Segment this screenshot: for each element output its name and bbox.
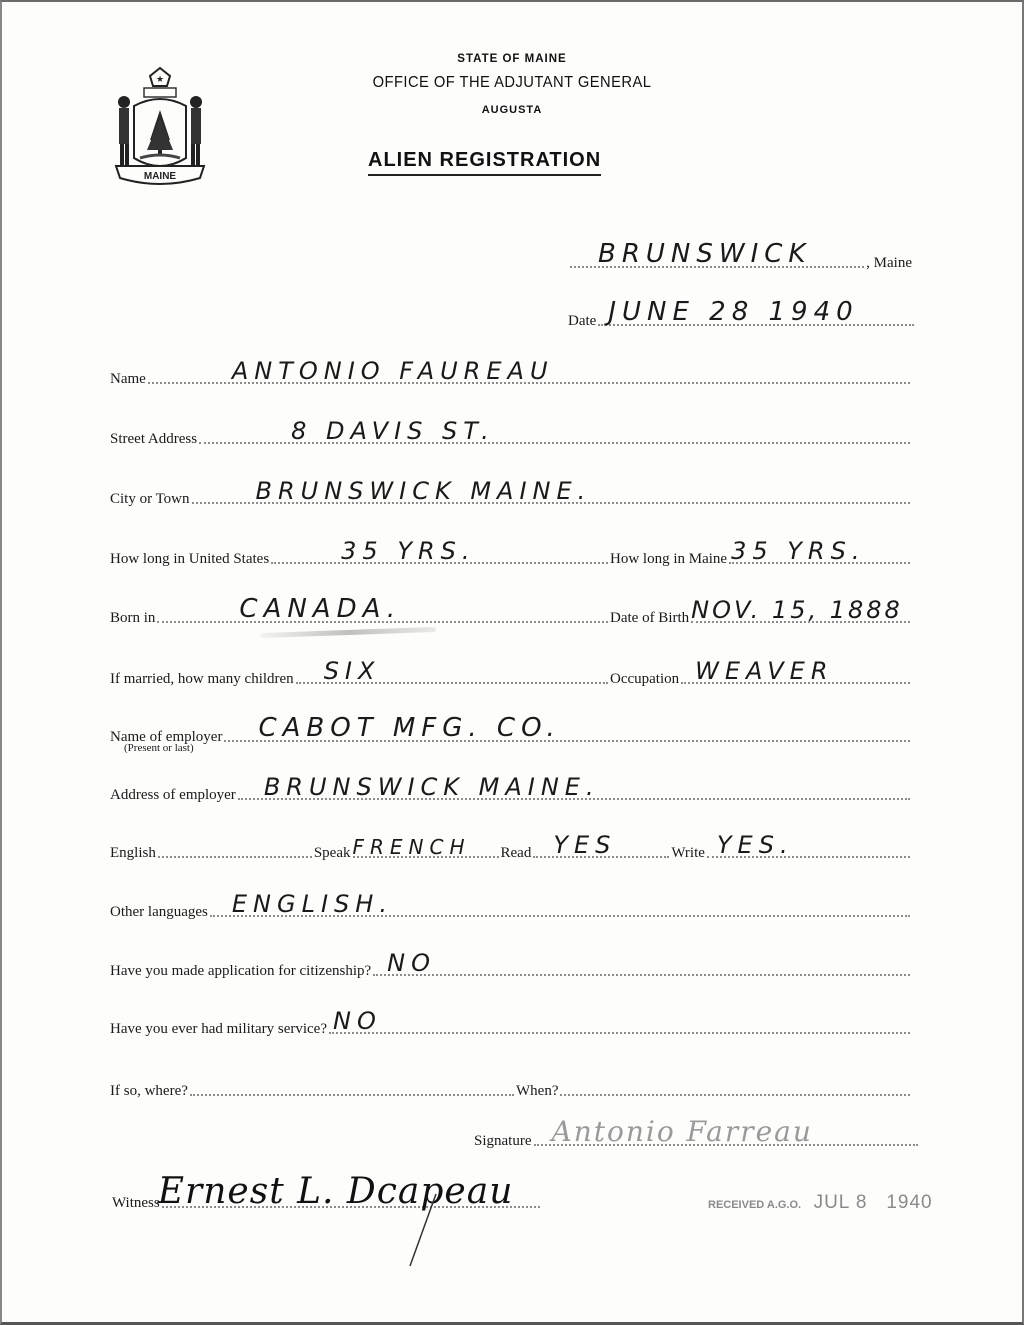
how-long-maine-row: How long in Maine 35 yrs. xyxy=(610,546,912,568)
witness-row: Witness Ernest L. Dcapeau xyxy=(112,1190,542,1212)
how-long-maine-value: 35 yrs. xyxy=(731,537,865,565)
other-languages-row: Other languages English. xyxy=(110,899,912,921)
employer-name-row: Name of employer Cabot Mfg. Co. xyxy=(110,724,912,746)
city-label: City or Town xyxy=(110,491,190,508)
citizenship-field[interactable]: No xyxy=(373,974,910,976)
read-field[interactable]: Yes xyxy=(533,856,669,858)
received-stamp-date: JUL 8 1940 xyxy=(814,1192,933,1213)
write-value: Yes. xyxy=(717,831,794,859)
write-field[interactable]: Yes. xyxy=(707,856,910,858)
children-value: Six xyxy=(324,657,381,685)
born-in-row: Born in Canada. xyxy=(110,605,610,627)
ink-smudge xyxy=(260,627,436,638)
signature-label: Signature xyxy=(474,1133,532,1150)
witness-label: Witness xyxy=(112,1195,160,1212)
received-stamp-prefix: RECEIVED A.G.O. xyxy=(708,1199,801,1211)
header-state: STATE OF MAINE xyxy=(332,53,692,65)
military-field[interactable]: No xyxy=(329,1032,910,1034)
occupation-label: Occupation xyxy=(610,671,679,688)
svg-text:MAINE: MAINE xyxy=(144,171,177,182)
military-value: No xyxy=(333,1007,382,1035)
how-long-us-value: 35 yrs. xyxy=(341,537,475,565)
children-field[interactable]: Six xyxy=(296,682,608,684)
how-long-us-label: How long in United States xyxy=(110,551,269,568)
employer-name-sublabel: (Present or last) xyxy=(124,742,194,754)
citizenship-row: Have you made application for citizenshi… xyxy=(110,958,912,980)
date-of-birth-value: Nov. 15, 1888 xyxy=(691,596,903,624)
street-address-row: Street Address 8 Davis St. xyxy=(110,426,912,448)
name-label: Name xyxy=(110,371,146,388)
speak-label: Speak xyxy=(314,845,351,862)
occupation-field[interactable]: Weaver xyxy=(681,682,910,684)
alien-registration-form: ★ MAINE STATE OF MAINE OFFICE OF THE ADJ… xyxy=(0,0,1024,1325)
street-address-label: Street Address xyxy=(110,431,197,448)
occupation-value: Weaver xyxy=(695,657,833,685)
header-city: AUGUSTA xyxy=(332,104,692,116)
military-label: Have you ever had military service? xyxy=(110,1021,327,1038)
header-office: OFFICE OF THE ADJUTANT GENERAL xyxy=(346,74,677,92)
where-label: If so, where? xyxy=(110,1083,188,1100)
date-of-birth-row: Date of Birth Nov. 15, 1888 xyxy=(610,605,912,627)
date-value: June 28 1940 xyxy=(608,297,858,327)
city-value: Brunswick Maine. xyxy=(256,477,592,505)
employer-address-field[interactable]: Brunswick Maine. xyxy=(238,798,910,800)
when-label: When? xyxy=(516,1083,558,1100)
children-label: If married, how many children xyxy=(110,671,294,688)
city-field[interactable]: Brunswick Maine. xyxy=(192,502,910,504)
other-languages-value: English. xyxy=(232,890,393,918)
employer-address-value: Brunswick Maine. xyxy=(264,773,600,801)
english-field[interactable] xyxy=(158,856,312,858)
born-in-label: Born in xyxy=(110,610,155,627)
speak-field[interactable]: French xyxy=(353,856,499,858)
citizenship-value: No xyxy=(387,949,436,977)
date-field[interactable]: June 28 1940 xyxy=(598,324,914,326)
born-in-field[interactable]: Canada. xyxy=(157,621,608,623)
state-of-maine-seal-icon: ★ MAINE xyxy=(110,66,210,190)
where-row: If so, where? xyxy=(110,1078,516,1100)
english-label: English xyxy=(110,845,156,862)
name-field[interactable]: Antonio Faureau xyxy=(148,382,910,384)
employer-address-label: Address of employer xyxy=(110,787,236,804)
occupation-row: Occupation Weaver xyxy=(610,666,912,688)
signature-row: Signature Antonio Farreau xyxy=(474,1128,920,1150)
speak-value: French xyxy=(353,835,471,859)
location-value: Brunswick xyxy=(598,239,811,269)
witness-signature-tail xyxy=(402,1192,442,1272)
name-row: Name Antonio Faureau xyxy=(110,366,912,388)
location-suffix: , Maine xyxy=(866,255,912,272)
city-row: City or Town Brunswick Maine. xyxy=(110,486,912,508)
when-row: When? xyxy=(516,1078,912,1100)
employer-address-row: Address of employer Brunswick Maine. xyxy=(110,782,912,804)
signature-value: Antonio Farreau xyxy=(552,1115,813,1148)
when-field[interactable] xyxy=(560,1094,910,1096)
form-title: ALIEN REGISTRATION xyxy=(368,149,601,176)
how-long-us-row: How long in United States 35 yrs. xyxy=(110,546,610,568)
read-label: Read xyxy=(501,845,532,862)
write-label: Write xyxy=(671,845,705,862)
children-row: If married, how many children Six xyxy=(110,666,610,688)
svg-text:★: ★ xyxy=(156,74,164,84)
english-row: English Speak French Read Yes Write Yes. xyxy=(110,840,912,862)
signature-field[interactable]: Antonio Farreau xyxy=(534,1144,919,1146)
date-row: Date June 28 1940 xyxy=(568,308,916,330)
military-row: Have you ever had military service? No xyxy=(110,1016,912,1038)
employer-name-value: Cabot Mfg. Co. xyxy=(258,713,560,743)
date-of-birth-field[interactable]: Nov. 15, 1888 xyxy=(691,621,910,623)
witness-value: Ernest L. Dcapeau xyxy=(158,1171,514,1212)
date-label: Date xyxy=(568,313,596,330)
employer-name-field[interactable]: Cabot Mfg. Co. xyxy=(224,740,910,742)
witness-field[interactable]: Ernest L. Dcapeau xyxy=(162,1206,540,1208)
name-value: Antonio Faureau xyxy=(232,357,554,385)
street-address-field[interactable]: 8 Davis St. xyxy=(199,442,910,444)
where-field[interactable] xyxy=(190,1094,514,1096)
location-field[interactable]: Brunswick xyxy=(570,266,864,268)
location-row: Brunswick , Maine xyxy=(568,250,912,272)
other-languages-field[interactable]: English. xyxy=(210,915,910,917)
other-languages-label: Other languages xyxy=(110,904,208,921)
street-address-value: 8 Davis St. xyxy=(291,417,495,445)
how-long-us-field[interactable]: 35 yrs. xyxy=(271,562,608,564)
citizenship-label: Have you made application for citizenshi… xyxy=(110,963,371,980)
received-stamp: RECEIVED A.G.O. JUL 8 1940 xyxy=(708,1192,933,1214)
read-value: Yes xyxy=(553,831,616,859)
how-long-maine-label: How long in Maine xyxy=(610,551,727,568)
born-in-value: Canada. xyxy=(239,594,401,624)
how-long-maine-field[interactable]: 35 yrs. xyxy=(729,562,910,564)
date-of-birth-label: Date of Birth xyxy=(610,610,689,627)
